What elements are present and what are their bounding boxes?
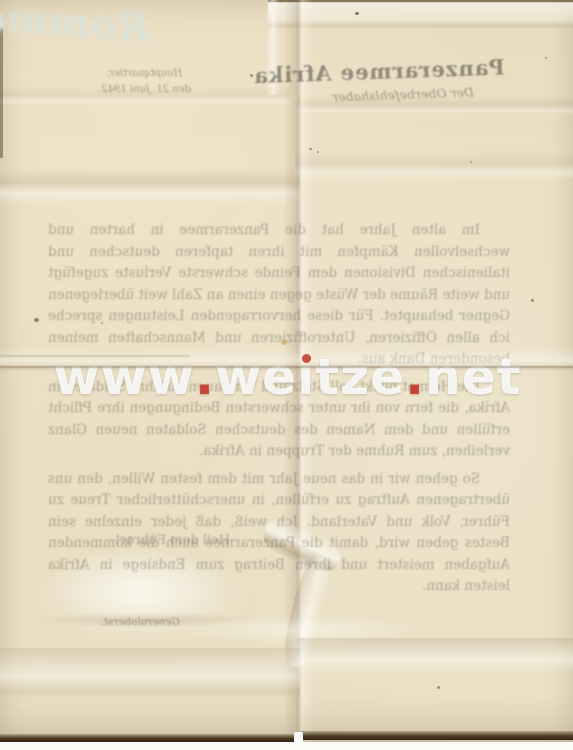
- speck: [531, 299, 534, 302]
- watermark-text: net: [425, 349, 521, 405]
- ghost-closing-line: Heil dem Führer!: [100, 533, 245, 548]
- crease-left-horizontal: [0, 168, 300, 204]
- watermark-text: www: [53, 349, 195, 405]
- ghost-signature: Rommel: [0, 0, 152, 67]
- speck: [309, 148, 312, 150]
- ghost-letterhead: Panzerarmee Afrika Der Oberbefehlshaber: [299, 54, 505, 105]
- ghost-signature-rank: Generaloberst.: [95, 616, 185, 628]
- watermark-dot: .: [195, 349, 215, 405]
- ghost-dateline-line1: Hauptquartier,: [72, 66, 217, 82]
- paper-bottom-fold-notch: [294, 732, 303, 742]
- speck: [355, 12, 359, 15]
- speck: [101, 322, 103, 324]
- website-watermark: www . we ı tze . net: [50, 349, 525, 407]
- crease-top-right-highlight: [268, 2, 573, 29]
- crease-left-lower: [0, 648, 300, 700]
- crease-right-horizontal: [295, 150, 573, 180]
- watermark-text: tze: [315, 349, 405, 405]
- shading-bottom: [0, 695, 573, 742]
- speck: [317, 151, 319, 153]
- ghost-dateline-block: Hauptquartier, den 21. Juni 1942.: [72, 66, 217, 98]
- speck: [470, 161, 472, 163]
- watermark-text: we: [215, 349, 297, 405]
- paper-bottom-edge-right: [301, 731, 573, 740]
- watermark-i-dot: [302, 354, 311, 363]
- ghost-dateline-line2: den 21. Juni 1942.: [72, 82, 217, 98]
- speck: [250, 74, 253, 77]
- crease-top-edge-dark: [268, 0, 573, 3]
- speck: [545, 57, 547, 59]
- crease-right-lower: [297, 638, 573, 674]
- ghost-letterhead-title: Panzerarmee Afrika: [299, 54, 505, 86]
- watermark-dot: .: [405, 349, 425, 405]
- watermark-letter-i: ı: [297, 349, 315, 405]
- speck: [34, 318, 39, 322]
- ghost-letterhead-subtitle: Der Oberbefehlshaber: [300, 83, 505, 105]
- paper-bottom-edge-left: [0, 734, 296, 742]
- speck: [437, 686, 440, 689]
- stain-yellow: [281, 340, 287, 345]
- paper-sheet: Hauptquartier, den 21. Juni 1942. Panzer…: [0, 0, 573, 742]
- crease-bottom-center: [175, 615, 425, 645]
